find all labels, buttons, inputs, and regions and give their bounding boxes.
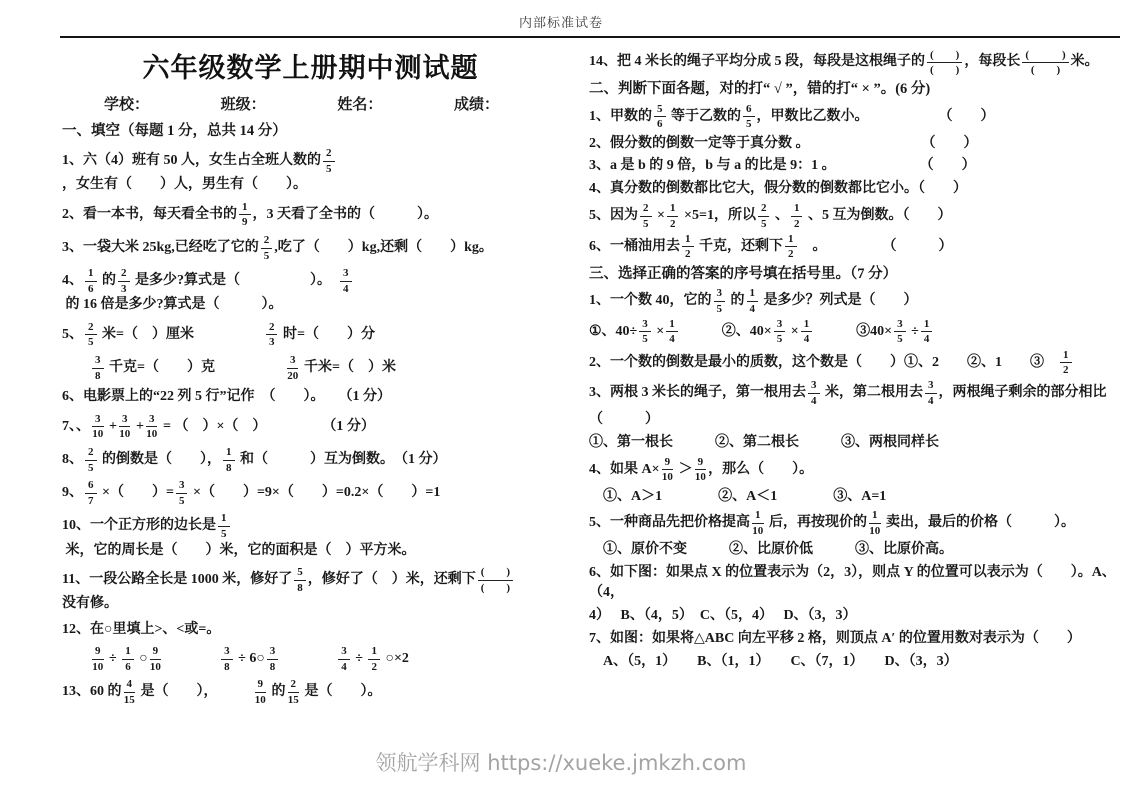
question-line: 4、16 的23 是多少?算式是（ ）。 34 的 16 倍是多少?算式是（ ）… (62, 267, 559, 316)
fraction: 12 (368, 645, 380, 673)
question-line: 3、一袋大米 25kg,已经吃了它的25,吃了（ ）kg,还剩（ ）kg。 (62, 234, 559, 262)
fraction: 58 (294, 566, 306, 594)
fraction: 38 (221, 645, 233, 673)
fraction: 34 (808, 379, 820, 407)
fraction: 310 (119, 413, 131, 441)
fraction: 12 (1060, 349, 1072, 377)
fraction: 35 (176, 479, 188, 507)
question-line: （ ） (589, 410, 1118, 430)
question-line: 910 ÷ 16 ○910 38 ÷ 6○38 34 ÷ 12 ○×2 (62, 645, 559, 673)
fraction: 12 (791, 202, 803, 230)
section-heading: 二、判断下面各题，对的打“ √ ”，错的打“ × ”。(6 分) (589, 79, 1118, 100)
fraction: 18 (223, 446, 235, 474)
fraction: 910 (662, 456, 674, 484)
section-heading: 一、填空（每题 1 分，总共 14 分） (62, 121, 559, 142)
right-column: 14、把 4 米长的绳子平均分成 5 段，每段是这根绳子的( )( )，每段长(… (589, 44, 1118, 674)
question-line: 2、看一本书，每天看全书的19，3 天看了全书的（ ）。 (62, 201, 559, 229)
fraction: 25 (323, 147, 335, 175)
question-line: ①、原价不变 ②、比原价低 ③、比原价高。 (589, 540, 1118, 560)
fraction: 35 (894, 318, 906, 346)
question-line: 13、60 的415 是（ ）， 910 的215 是（ ）。 (62, 678, 559, 706)
fraction: 16 (122, 645, 134, 673)
fraction: 910 (695, 456, 707, 484)
fraction: 110 (869, 509, 881, 537)
watermark: 领航学科网 https://xueke.jmkzh.com (0, 747, 1122, 777)
question-line: 7、、310 +310 +310 = （ ）×（ ） （1 分） (62, 413, 559, 441)
question-line: 4、真分数的倒数都比它大，假分数的倒数都比它小。（ ） (589, 179, 1118, 199)
question-line: 11、一段公路全长是 1000 米，修好了58，修好了（ ）米，还剩下( )( … (62, 566, 559, 615)
question-line: 3、a 是 b 的 9 倍，b 与 a 的比是 9：1 。 （ ） (589, 156, 1118, 176)
school-label: 学校： (104, 93, 149, 114)
fraction: 34 (340, 267, 352, 295)
fraction: 25 (85, 321, 97, 349)
question-line: 6、一桶油用去12 千克，还剩下12 。 （ ） (589, 233, 1118, 261)
fraction: 16 (85, 267, 97, 295)
fraction: 12 (682, 233, 694, 261)
question-line: 14、把 4 米长的绳子平均分成 5 段，每段是这根绳子的( )( )，每段长(… (589, 49, 1118, 77)
fraction: 320 (287, 354, 299, 382)
question-line: 9、67 ×（ ）=35 ×（ ）=9×（ ）=0.2×（ ）=1 (62, 479, 559, 507)
fraction: 14 (801, 318, 813, 346)
section-heading: 三、选择正确的答案的序号填在括号里。（7 分） (589, 264, 1118, 285)
fraction: 67 (85, 479, 97, 507)
name-label: 姓名： (337, 93, 382, 114)
question-line: 5、25 米=（ ）厘米 23 时=（ ）分 (62, 321, 559, 349)
left-column: 六年级数学上册期中测试题 学校： 班级： 姓名： 成绩： 一、填空（每题 1 分… (62, 44, 559, 711)
question-line: 1、六（4）班有 50 人，女生占全班人数的25，女生有（ ）人，男生有（ ）。 (62, 147, 559, 196)
fraction: 35 (774, 318, 786, 346)
fraction: 12 (785, 233, 797, 261)
fraction: 34 (338, 645, 350, 673)
question-line: 38 千克=（ ）克 320 千米=（ ）米 (62, 354, 559, 382)
fraction: ( )( ) (927, 49, 962, 77)
doc-header-label: 内部标准试卷 (519, 15, 603, 30)
fraction: 15 (218, 512, 230, 540)
fraction: 65 (743, 103, 755, 131)
fraction: 25 (261, 234, 273, 262)
score-label: 成绩： (454, 93, 499, 114)
question-line: 7、如图：如果将△ABC 向左平移 2 格，则顶点 A′ 的位置用数对表示为（ … (589, 629, 1118, 649)
question-line: 4、如果 A×910 ＞910，那么（ ）。 (589, 456, 1118, 484)
fraction: 23 (266, 321, 278, 349)
fraction: 25 (640, 202, 652, 230)
fraction: 12 (667, 202, 679, 230)
paper-title: 六年级数学上册期中测试题 (62, 46, 559, 85)
question-line: 12、在○里填上>、<或=。 (62, 620, 559, 640)
fraction: 56 (654, 103, 666, 131)
content-columns: 六年级数学上册期中测试题 学校： 班级： 姓名： 成绩： 一、填空（每题 1 分… (0, 38, 1122, 711)
fraction: 310 (146, 413, 158, 441)
question-line: 6、电影票上的“22 列 5 行”记作 （ ）。 （1 分） (62, 387, 559, 407)
fraction: 25 (85, 446, 97, 474)
class-label: 班级： (221, 93, 266, 114)
fraction: 14 (666, 318, 678, 346)
fraction: 34 (925, 379, 937, 407)
fraction: 415 (124, 678, 136, 706)
fraction: 25 (758, 202, 770, 230)
question-line: 2、假分数的倒数一定等于真分数 。 （ ） (589, 134, 1118, 154)
question-line: 6、如下图：如果点 X 的位置表示为（2，3），则点 Y 的位置可以表示为（ ）… (589, 563, 1118, 604)
fraction: 38 (92, 354, 104, 382)
fraction: 310 (92, 413, 104, 441)
question-line: 4） B、（4，5） C、（5，4） D、（3，3） (589, 606, 1118, 626)
student-info-row: 学校： 班级： 姓名： 成绩： (62, 93, 559, 114)
fraction: 23 (118, 267, 130, 295)
question-line: 2、一个数的倒数是最小的质数，这个数是（ ）①、2 ②、1 ③ 12 (589, 349, 1118, 377)
question-line: 3、两根 3 米长的绳子，第一根用去34 米，第二根用去34，两根绳子剩余的部分… (589, 379, 1118, 407)
question-line: 5、一种商品先把价格提高110 后，再按现价的110 卖出，最后的价格（ ）。 (589, 509, 1118, 537)
question-line: ①、A＞1 ②、A＜1 ③、A=1 (589, 487, 1118, 507)
fraction: 215 (288, 678, 300, 706)
question-line: 10、一个正方形的边长是15 米，它的周长是（ ）米，它的面积是（ ）平方米。 (62, 512, 559, 561)
doc-header: 内部标准试卷 (0, 0, 1122, 31)
fraction: 14 (747, 287, 759, 315)
test-paper-page: 内部标准试卷 六年级数学上册期中测试题 学校： 班级： 姓名： 成绩： 一、填空… (0, 0, 1122, 793)
fraction: ( )( ) (478, 566, 513, 594)
fraction: 910 (255, 678, 267, 706)
judge-and-choice-sections: 14、把 4 米长的绳子平均分成 5 段，每段是这根绳子的( )( )，每段长(… (589, 49, 1118, 672)
fraction: 19 (239, 201, 251, 229)
fill-blank-section: 一、填空（每题 1 分，总共 14 分）1、六（4）班有 50 人，女生占全班人… (62, 121, 559, 706)
question-line: ①、第一根长 ②、第二根长 ③、两根同样长 (589, 433, 1118, 453)
question-line: 8、25 的倒数是（ ），18 和（ ）互为倒数。 （1 分） (62, 446, 559, 474)
question-line: 1、一个数 40，它的35 的14 是多少？列式是（ ） (589, 287, 1118, 315)
question-line: ①、40÷35 ×14 ②、40×35 ×14 ③40×35 ÷14 (589, 318, 1118, 346)
fraction: 35 (714, 287, 726, 315)
question-line: 1、甲数的56 等于乙数的65，甲数比乙数小。 （ ） (589, 103, 1118, 131)
question-line: A、（5，1） B、（1，1） C、（7，1） D、（3，3） (589, 652, 1118, 672)
fraction: 38 (267, 645, 279, 673)
fraction: 35 (639, 318, 651, 346)
fraction: ( )( ) (1022, 49, 1068, 77)
fraction: 910 (92, 645, 104, 673)
fraction: 910 (150, 645, 162, 673)
question-line: 5、因为25 ×12 ×5=1，所以25 、12 、5 互为倒数。（ ） (589, 202, 1118, 230)
fraction: 14 (921, 318, 933, 346)
fraction: 110 (752, 509, 764, 537)
